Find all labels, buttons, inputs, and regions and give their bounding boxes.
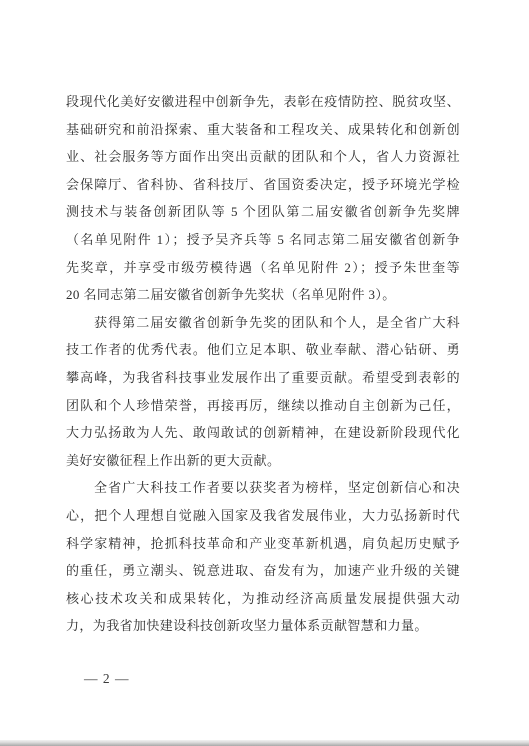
text-line: 攀高峰，为我省科技事业发展作出了重要贡献。希望受到表彰的: [66, 364, 460, 392]
text-line: 先奖章，并享受市级劳模待遇（名单见附件 2）；授予朱世奎等: [66, 254, 460, 282]
text-line: 科学家精神，抢抓科技革命和产业变革新机遇，肩负起历史赋予: [66, 530, 460, 558]
text-line: 心，把个人理想自觉融入国家及我省发展伟业，大力弘扬新时代: [66, 502, 460, 530]
text-line: 技工作者的优秀代表。他们立足本职、敬业奉献、潜心钻研、勇: [66, 336, 460, 364]
text-line: 力，为我省加快建设科技创新攻坚力量体系贡献智慧和力量。: [66, 612, 460, 640]
text-line: 团队和个人珍惜荣誉，再接再厉，继续以推动自主创新为己任，: [66, 392, 460, 420]
text-line: 基础研究和前沿探索、重大装备和工程攻关、成果转化和创新创: [66, 116, 460, 144]
text-line: 大力弘扬敢为人先、敢闯敢试的创新精神，在建设新阶段现代化: [66, 419, 460, 447]
text-line: （名单见附件 1）；授予吴齐兵等 5 名同志第二届安徽省创新争: [66, 226, 460, 254]
scan-bottom-edge: [0, 740, 529, 746]
document-page: 段现代化美好安徽进程中创新争先，表彰在疫情防控、脱贫攻坚、基础研究和前沿探索、重…: [0, 0, 529, 746]
document-body: 段现代化美好安徽进程中创新争先，表彰在疫情防控、脱贫攻坚、基础研究和前沿探索、重…: [66, 88, 460, 640]
text-line: 的重任，勇立潮头、锐意进取、奋发有为，加速产业升级的关键: [66, 557, 460, 585]
text-line: 业、社会服务等方面作出突出贡献的团队和个人，省人力资源社: [66, 143, 460, 171]
text-line: 测技术与装备创新团队等 5 个团队第二届安徽省创新争先奖牌: [66, 198, 460, 226]
text-line: 核心技术攻关和成果转化，为推动经济高质量发展提供强大动: [66, 585, 460, 613]
text-line: 段现代化美好安徽进程中创新争先，表彰在疫情防控、脱贫攻坚、: [66, 88, 460, 116]
page-number: — 2 —: [84, 671, 130, 687]
text-line: 获得第二届安徽省创新争先奖的团队和个人，是全省广大科: [66, 309, 460, 337]
text-line: 会保障厅、省科协、省科技厅、省国资委决定，授予环境光学检: [66, 171, 460, 199]
text-line: 美好安徽征程上作出新的更大贡献。: [66, 447, 460, 475]
text-line: 全省广大科技工作者要以获奖者为榜样，坚定创新信心和决: [66, 474, 460, 502]
text-line: 20 名同志第二届安徽省创新争先奖状（名单见附件 3）。: [66, 281, 460, 309]
